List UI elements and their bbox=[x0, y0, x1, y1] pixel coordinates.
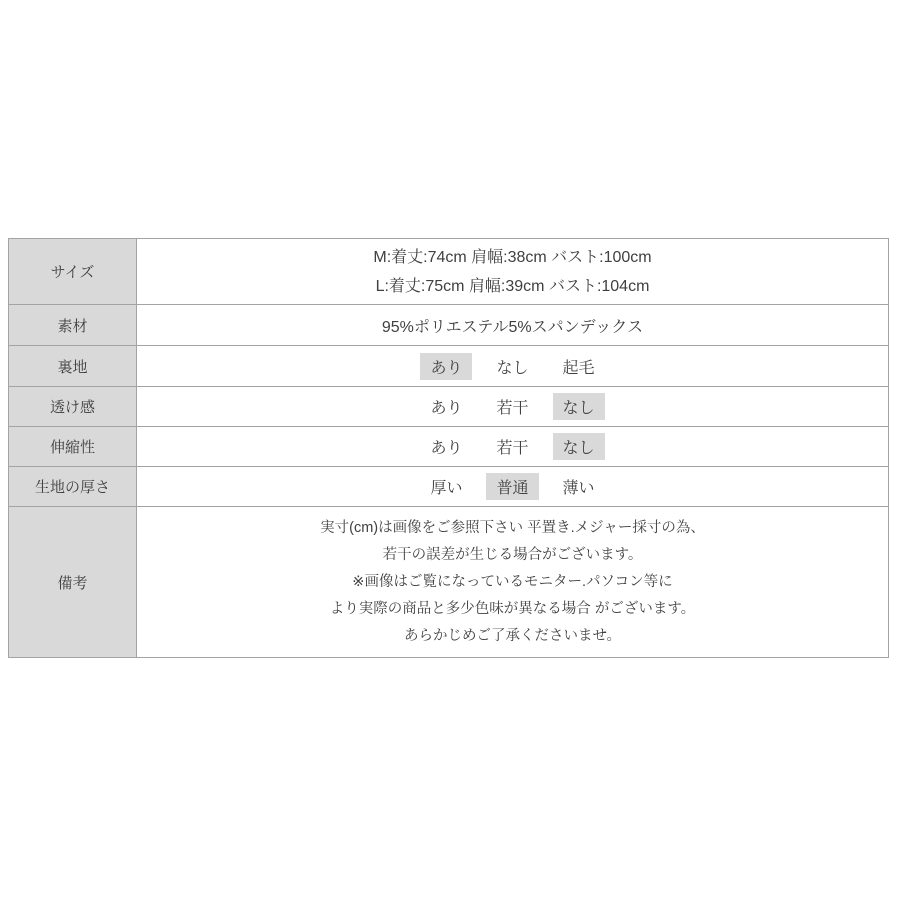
table-row-size: サイズ M:着丈:74cm 肩幅:38cm バスト:100cm L:着丈:75c… bbox=[9, 239, 889, 305]
notes-line-5: あらかじめご了承くださいませ。 bbox=[137, 623, 888, 650]
row-header-sheerness: 透け感 bbox=[9, 387, 137, 427]
size-cell: M:着丈:74cm 肩幅:38cm バスト:100cm L:着丈:75cm 肩幅… bbox=[137, 239, 889, 305]
row-header-size: サイズ bbox=[9, 239, 137, 305]
sheerness-option-jakkan: 若干 bbox=[486, 393, 538, 420]
notes-line-4: より実際の商品と多少色味が異なる場合 がございます。 bbox=[137, 596, 888, 623]
table-row-material: 素材 95%ポリエステル5%スパンデックス bbox=[9, 305, 889, 346]
stretch-option-nashi: なし bbox=[553, 433, 605, 460]
notes-cell: 実寸(cm)は画像をご参照下さい 平置き.メジャー採寸の為、 若干の誤差が生じる… bbox=[137, 507, 889, 658]
thickness-cell: 厚い 普通 薄い bbox=[137, 467, 889, 507]
thickness-option-usui: 薄い bbox=[553, 473, 605, 500]
table-row-sheerness: 透け感 あり 若干 なし bbox=[9, 387, 889, 427]
size-line-m: M:着丈:74cm 肩幅:38cm バスト:100cm bbox=[137, 243, 888, 272]
thickness-option-atsui: 厚い bbox=[420, 473, 472, 500]
thickness-option-futsuu: 普通 bbox=[486, 473, 538, 500]
lining-option-kimo: 起毛 bbox=[553, 353, 605, 380]
table-row-stretch: 伸縮性 あり 若干 なし bbox=[9, 427, 889, 467]
stretch-option-ari: あり bbox=[420, 433, 472, 460]
lining-option-nashi: なし bbox=[486, 353, 538, 380]
stretch-cell: あり 若干 なし bbox=[137, 427, 889, 467]
table-row-lining: 裏地 あり なし 起毛 bbox=[9, 346, 889, 387]
product-spec-page: サイズ M:着丈:74cm 肩幅:38cm バスト:100cm L:着丈:75c… bbox=[0, 0, 900, 900]
table-row-notes: 備考 実寸(cm)は画像をご参照下さい 平置き.メジャー採寸の為、 若干の誤差が… bbox=[9, 507, 889, 658]
row-header-notes: 備考 bbox=[9, 507, 137, 658]
row-header-thickness: 生地の厚さ bbox=[9, 467, 137, 507]
stretch-option-jakkan: 若干 bbox=[486, 433, 538, 460]
notes-line-1: 実寸(cm)は画像をご参照下さい 平置き.メジャー採寸の為、 bbox=[137, 515, 888, 542]
size-line-l: L:着丈:75cm 肩幅:39cm バスト:104cm bbox=[137, 272, 888, 301]
notes-line-2: 若干の誤差が生じる場合がございます。 bbox=[137, 542, 888, 569]
row-header-stretch: 伸縮性 bbox=[9, 427, 137, 467]
table-row-thickness: 生地の厚さ 厚い 普通 薄い bbox=[9, 467, 889, 507]
row-header-material: 素材 bbox=[9, 305, 137, 346]
sheerness-option-ari: あり bbox=[420, 393, 472, 420]
material-cell: 95%ポリエステル5%スパンデックス bbox=[137, 305, 889, 346]
notes-line-3: ※画像はご覧になっているモニター.パソコン等に bbox=[137, 569, 888, 596]
sheerness-option-nashi: なし bbox=[553, 393, 605, 420]
product-spec-table: サイズ M:着丈:74cm 肩幅:38cm バスト:100cm L:着丈:75c… bbox=[8, 238, 889, 658]
lining-cell: あり なし 起毛 bbox=[137, 346, 889, 387]
row-header-lining: 裏地 bbox=[9, 346, 137, 387]
lining-option-ari: あり bbox=[420, 353, 472, 380]
sheerness-cell: あり 若干 なし bbox=[137, 387, 889, 427]
